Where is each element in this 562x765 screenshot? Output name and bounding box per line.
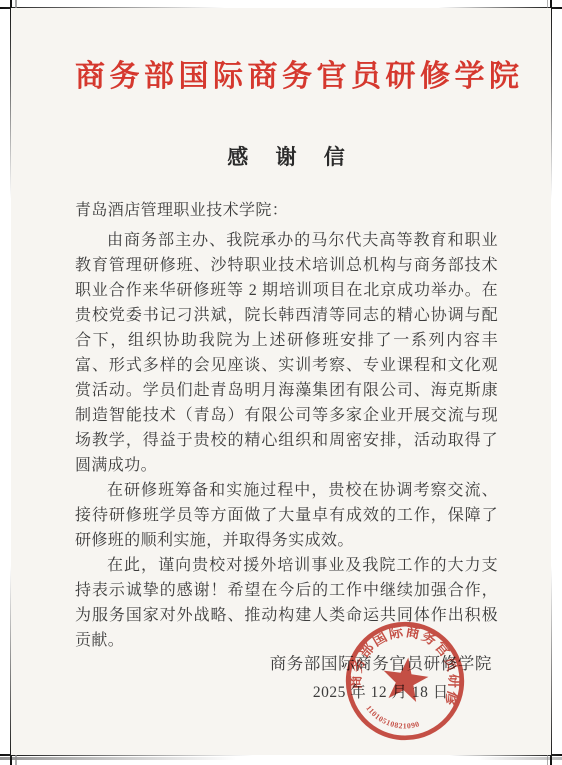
recipient-line: 青岛酒店管理职业技术学院： xyxy=(75,198,498,223)
official-seal: 商务部国际商务官员研修学院 11010510821090 xyxy=(335,611,475,751)
letter-paper: 商务部国际商务官员研修学院 感 谢 信 青岛酒店管理职业技术学院： 由商务部主办… xyxy=(11,8,551,755)
letterhead-institution: 商务部国际商务官员研修学院 xyxy=(75,60,498,94)
letter-body: 青岛酒店管理职业技术学院： 由商务部主办、我院承办的马尔代夫高等教育和职业教育管… xyxy=(75,198,498,653)
letter-title: 感 谢 信 xyxy=(75,145,498,169)
scanned-letter: 商务部国际商务官员研修学院 感 谢 信 青岛酒店管理职业技术学院： 由商务部主办… xyxy=(0,0,562,765)
star-icon xyxy=(380,654,431,703)
frame-border-bottom-shadow xyxy=(0,757,562,760)
paragraph-1: 由商务部主办、我院承办的马尔代夫高等教育和职业教育管理研修班、沙特职业技术培训总… xyxy=(75,228,498,478)
paragraph-2: 在研修班筹备和实施过程中，贵校在协调考察交流、接待研修班学员等方面做了大量卓有成… xyxy=(75,478,498,553)
